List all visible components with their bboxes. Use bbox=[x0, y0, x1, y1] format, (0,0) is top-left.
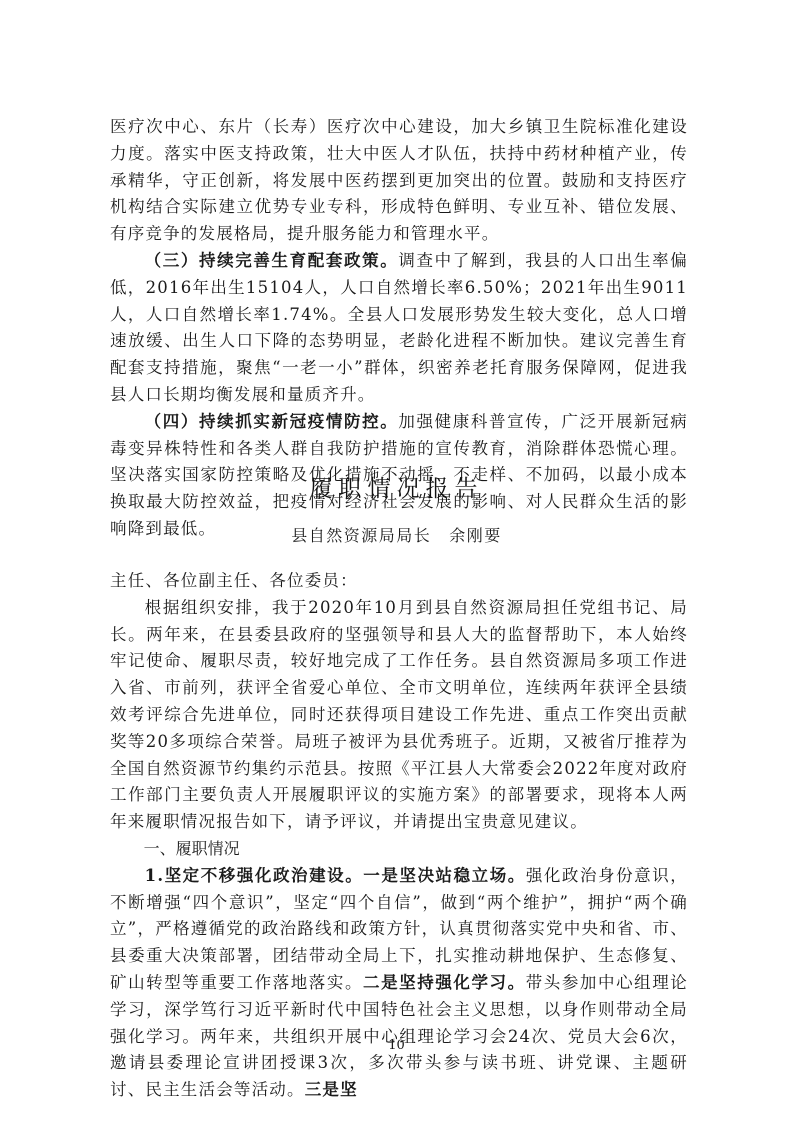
subheading-stand-firm: 一是坚决站稳立场。 bbox=[363, 866, 526, 885]
author-name: 余刚要 bbox=[449, 526, 502, 545]
subheading-third-partial: 三是坚 bbox=[305, 1080, 358, 1099]
heading-epidemic-control: （四）持续抓实新冠疫情防控。 bbox=[145, 412, 399, 431]
report-title: 履职情况报告 bbox=[0, 470, 793, 503]
subheading-study: 二是坚持强化学习。 bbox=[363, 973, 526, 992]
author-title: 县自然资源局局长 bbox=[291, 526, 431, 545]
page-number: 10 bbox=[0, 1038, 793, 1053]
report-body: 主任、各位副主任、各位委员： 根据组织安排，我于2020年10月到县自然资源局担… bbox=[110, 568, 688, 1104]
salutation: 主任、各位副主任、各位委员： bbox=[110, 568, 688, 595]
paragraph-political-construction: 1.坚定不移强化政治建设。一是坚决站稳立场。强化政治身份意识，不断增强“四个意识… bbox=[110, 863, 688, 1104]
report-byline: 县自然资源局局长余刚要 bbox=[0, 523, 793, 546]
section-heading-duties: 一、履职情况 bbox=[110, 836, 688, 863]
heading-political-construction: 1.坚定不移强化政治建设。 bbox=[145, 866, 364, 885]
heading-fertility-policy: （三）持续完善生育配套政策。 bbox=[145, 251, 399, 270]
paragraph-intro: 根据组织安排，我于2020年10月到县自然资源局担任党组书记、局长。两年来，在县… bbox=[110, 595, 688, 836]
paragraph-medical-tail: 医疗次中心、东片（长寿）医疗次中心建设，加大乡镇卫生院标准化建设力度。落实中医支… bbox=[110, 114, 688, 248]
body-fertility-policy: 调查中了解到，我县的人口出生率偏低，2016年出生15104人，人口自然增长率6… bbox=[110, 251, 688, 404]
paragraph-fertility-policy: （三）持续完善生育配套政策。调查中了解到，我县的人口出生率偏低，2016年出生1… bbox=[110, 248, 688, 409]
